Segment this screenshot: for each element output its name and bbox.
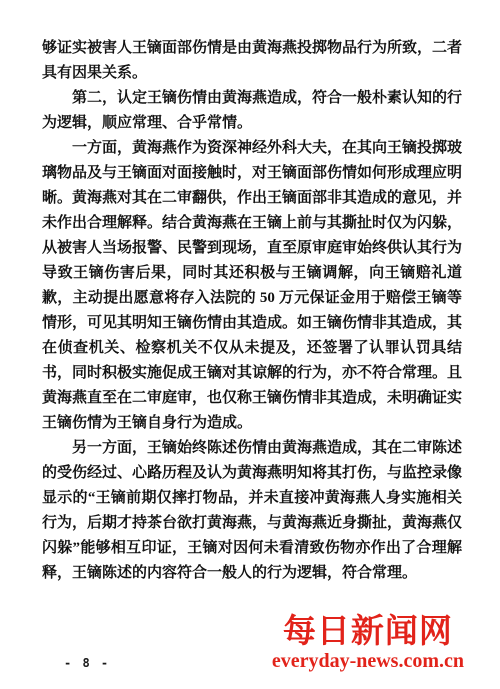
document-page: 够证实被害人王镝面部伤情是由黄海燕投掷物品行为所致，二者具有因果关系。 第二，认… [0,0,500,689]
site-watermark: 每日新闻网 everyday-news.com.cn [272,612,464,672]
paragraph-second-point: 第二，认定王镝伤情由黄海燕造成，符合一般朴素认知的行为逻辑，顺应常理、合乎常情。 [42,86,462,136]
watermark-site-url: everyday-news.com.cn [272,650,464,672]
watermark-logo-text: 每日新闻网 [272,612,464,650]
paragraph-other-aspect: 另一方面，王镝始终陈述伤情由黄海燕造成，其在二审陈述的受伤经过、心路历程及认为黄… [42,436,462,586]
paragraph-continuation: 够证实被害人王镝面部伤情是由黄海燕投掷物品行为所致，二者具有因果关系。 [42,36,462,86]
page-number: - 8 - [64,656,110,670]
paragraph-one-aspect: 一方面，黄海燕作为资深神经外科大夫，在其向王镝投掷玻璃物品及与王镝面对面接触时，… [42,136,462,436]
judgment-body-text: 够证实被害人王镝面部伤情是由黄海燕投掷物品行为所致，二者具有因果关系。 第二，认… [42,36,462,586]
